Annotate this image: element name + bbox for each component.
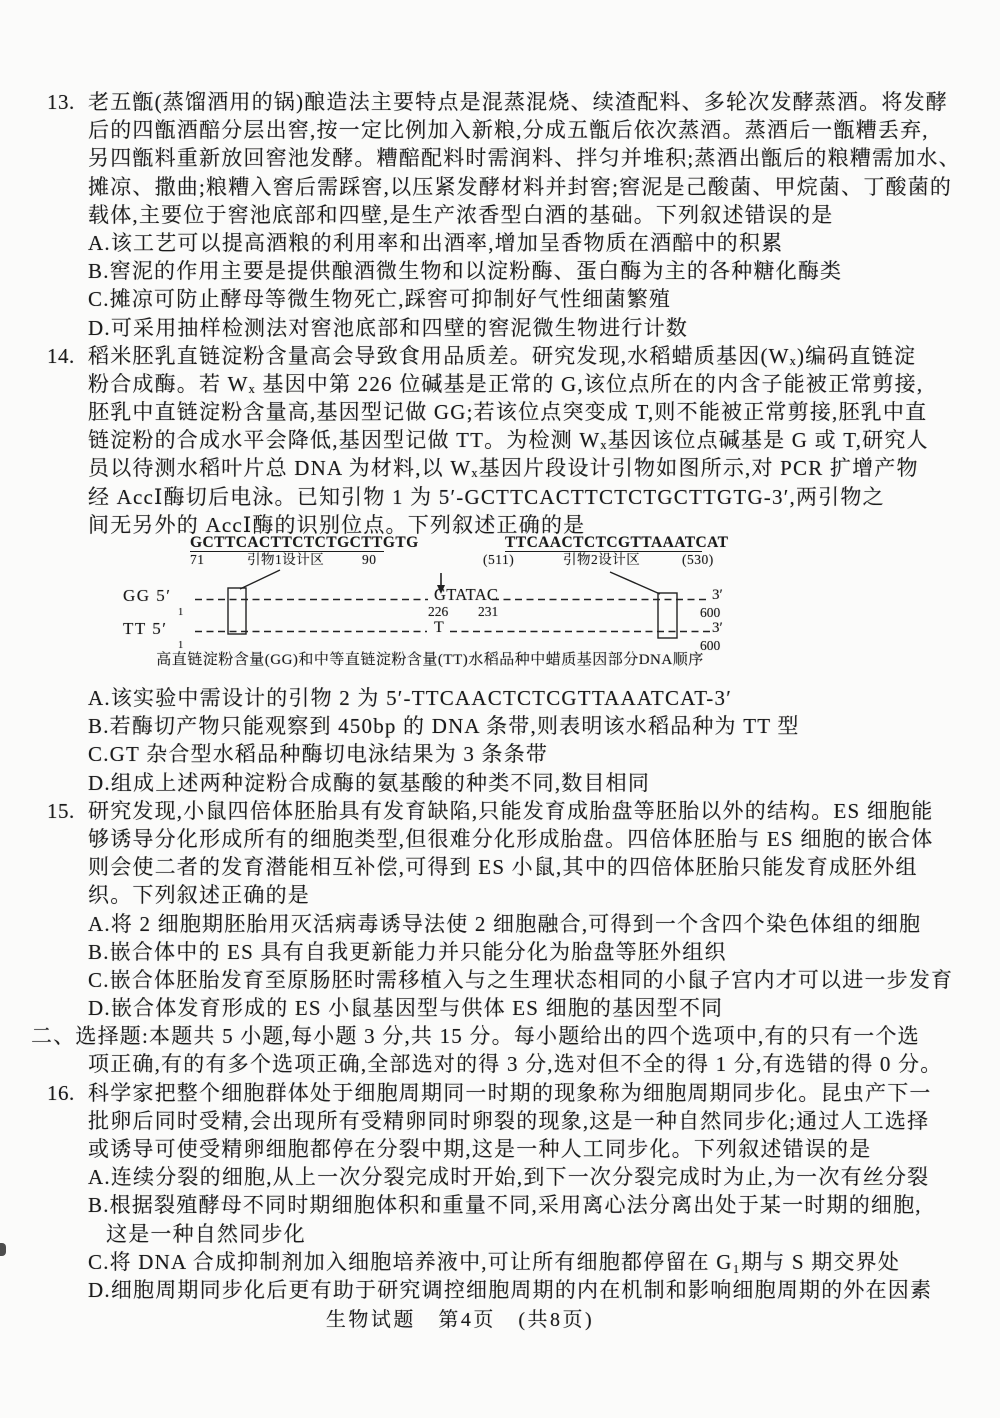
question-14-text: 稻米胚乳直链淀粉含量高会导致食用品质差。研究发现,水稻蜡质基因(Wₓ)编码直链淀 [88, 344, 916, 368]
question-13-option-d: D.可采用抽样检测法对窖池底部和四壁的窖泥微生物进行计数 [0, 314, 1000, 342]
site-position-226: 226 [428, 603, 448, 620]
question-16-option-b: B.根据裂殖酵母不同时期细胞体积和重量不同,采用离心法分离出处于某一时期的细胞, [0, 1191, 1000, 1219]
gg-three-prime-label: 3′ [712, 587, 723, 604]
question-16-option-b-cont: 这是一种自然同步化 [0, 1220, 1000, 1248]
gg-end-position: 600 [700, 604, 720, 621]
question-16-text: 科学家把整个细胞群体处于细胞周期同一时期的现象称为细胞周期同步化。昆虫产下一 [88, 1081, 932, 1105]
question-13-option-b: B.窖泥的作用主要是提供酿酒微生物和以淀粉酶、蛋白酶为主的各种糖化酶类 [0, 257, 1000, 285]
primer1-region-box [228, 588, 246, 634]
question-16-line: 16.科学家把整个细胞群体处于细胞周期同一时期的现象称为细胞周期同步化。昆虫产下… [0, 1079, 1000, 1107]
question-15-option-a: A.将 2 细胞期胚胎用灭活病毒诱导法使 2 细胞融合,可得到一个含四个染色体组… [0, 910, 1000, 938]
exam-page: 13.老五甑(蒸馏酒用的锅)酿造法主要特点是混蒸混烧、续渣配料、多轮次发酵蒸酒。… [0, 0, 1000, 1418]
question-14-option-c: C.GT 杂合型水稻品种酶切电泳结果为 3 条条带 [0, 740, 1000, 768]
question-14-option-d: D.组成上述两种淀粉合成酶的氨基酸的种类不同,数目相同 [0, 769, 1000, 797]
primer2-start-pos: (511) [483, 551, 514, 568]
question-15-option-b: B.嵌合体中的 ES 具有自我更新能力并只能分化为胎盘等胚外组织 [0, 938, 1000, 966]
question-13-text: 老五甑(蒸馏酒用的锅)酿造法主要特点是混蒸混烧、续渣配料、多轮次发酵蒸酒。将发酵 [88, 90, 948, 114]
question-13-line: 摊凉、撒曲;粮糟入窖后需踩窖,以压紧发酵材料并封窖;窖泥是己酸菌、甲烷菌、丁酸菌… [0, 173, 1000, 201]
primer1-region-label: 引物1设计区 [247, 551, 324, 568]
primer1-start-pos: 71 [190, 551, 205, 568]
question-14-option-b: B.若酶切产物只能观察到 450bp 的 DNA 条带,则表明该水稻品种为 TT… [0, 712, 1000, 740]
question-14-line: 间无另外的 AccⅠ酶的识别位点。下列叙述正确的是 [0, 511, 1000, 539]
question-14-line: 粉合成酶。若 Wₓ 基因中第 226 位碱基是正常的 G,该位点所在的内含子能被… [0, 370, 1000, 398]
primer2-end-pos: (530) [682, 551, 714, 568]
question-16-option-d: D.细胞周期同步化后更有助于研究调控细胞周期的内在机制和影响细胞周期的外在因素 [0, 1276, 1000, 1304]
question-13-option-a: A.该工艺可以提高酒粮的利用率和出酒率,增加呈香物质在酒醅中的积累 [0, 229, 1000, 257]
gg-strand-label: GG 5′ [123, 587, 172, 604]
primer1-end-pos: 90 [362, 551, 377, 568]
question-13-line: 13.老五甑(蒸馏酒用的锅)酿造法主要特点是混蒸混烧、续渣配料、多轮次发酵蒸酒。… [0, 88, 1000, 116]
acc1-site-sequence: GTATAC [434, 586, 498, 603]
question-16-line: 批卵后同时受精,会出现所有受精卵同时卵裂的现象,这是一种自然同步化;通过人工选择 [0, 1107, 1000, 1135]
tt-three-prime-label: 3′ [712, 620, 723, 637]
primer1-sequence: GCTTCACTTCTCTGCTTGTG [190, 534, 384, 552]
primer2-sequence: TTCAACTCTCGTTAAATCAT [505, 534, 702, 552]
question-14-line: 员以待测水稻叶片总 DNA 为材料,以 Wₓ基因片段设计引物如图所示,对 PCR… [0, 454, 1000, 482]
question-13-number: 13. [47, 88, 88, 116]
question-14-line: 14.稻米胚乳直链淀粉含量高会导致食用品质差。研究发现,水稻蜡质基因(Wₓ)编码… [0, 342, 1000, 370]
page-footer: 生物试题 第4页 (共8页) [0, 1305, 1000, 1335]
page-content: 13.老五甑(蒸馏酒用的锅)酿造法主要特点是混蒸混烧、续渣配料、多轮次发酵蒸酒。… [0, 88, 1000, 1335]
site-position-231: 231 [478, 603, 498, 620]
question-16-line: 或诱导可使受精卵细胞都停在分裂中期,这是一种人工同步化。下列叙述错误的是 [0, 1135, 1000, 1163]
section-2-header: 项正确,有的有多个选项正确,全部选对的得 3 分,选对但不全的得 1 分,有选错… [0, 1050, 1000, 1078]
question-14-option-a: A.该实验中需设计的引物 2 为 5′-TTCAACTCTCGTTAAATCAT… [0, 684, 1000, 712]
question-15-line: 则会使二者的发育潜能相互补偿,可得到 ES 小鼠,其中的四倍体胚胎只能发育成胚外… [0, 853, 1000, 881]
diagram-caption: 高直链淀粉含量(GG)和中等直链淀粉含量(TT)水稻品种中蜡质基因部分DNA顺序 [150, 652, 710, 669]
question-14-number: 14. [47, 342, 88, 370]
section-2-header: 二、选择题:本题共 5 小题,每小题 3 分,共 15 分。每小题给出的四个选项… [0, 1022, 1000, 1050]
question-15-line: 够诱导分化形成所有的细胞类型,但很难分化形成胎盘。四倍体胚胎与 ES 细胞的嵌合… [0, 825, 1000, 853]
question-13-line: 另四甑料重新放回窖池发酵。糟醅配料时需润料、拌匀并堆积;蒸酒出甑后的粮糟需加水、 [0, 144, 1000, 172]
question-16-option-a: A.连续分裂的细胞,从上一次分裂完成时开始,到下一次分裂完成时为止,为一次有丝分… [0, 1163, 1000, 1191]
question-15-text: 研究发现,小鼠四倍体胚胎具有发育缺陷,只能发育成胎盘等胚胎以外的结构。ES 细胞… [88, 799, 933, 823]
question-14-line: 链淀粉的合成水平会降低,基因型记做 TT。为检测 Wₓ基因该位点碱基是 G 或 … [0, 426, 1000, 454]
primer2-pointer-line [610, 572, 660, 594]
gg-strand-position-1: 1 [178, 604, 183, 621]
primer2-region-label: 引物2设计区 [563, 551, 640, 568]
question-15-line: 15.研究发现,小鼠四倍体胚胎具有发育缺陷,只能发育成胎盘等胚胎以外的结构。ES… [0, 797, 1000, 825]
question-14-line: 经 AccⅠ酶切后电泳。已知引物 1 为 5′-GCTTCACTTCTCTGCT… [0, 483, 1000, 511]
question-16-option-c: C.将 DNA 合成抑制剂加入细胞培养液中,可让所有细胞都停留在 G₁期与 S … [0, 1248, 1000, 1276]
tt-strand-label: TT 5′ [123, 620, 167, 637]
question-13-line: 后的四甑酒醅分层出窖,按一定比例加入新粮,分成五甑后依次蒸酒。蒸酒后一甑糟丢弃, [0, 116, 1000, 144]
question-15-option-c: C.嵌合体胚胎发育至原肠胚时需移植入与之生理状态相同的小鼠子宫内才可以进一步发育 [0, 966, 1000, 994]
question-14-line: 胚乳中直链淀粉含量高,基因型记做 GG;若该位点突变成 T,则不能被正常剪接,胚… [0, 398, 1000, 426]
question-13-line: 载体,主要位于窖池底部和四壁,是生产浓香型白酒的基础。下列叙述错误的是 [0, 201, 1000, 229]
question-15-line: 织。下列叙述正确的是 [0, 881, 1000, 909]
question-15-number: 15. [47, 797, 88, 825]
question-15-option-d: D.嵌合体发育形成的 ES 小鼠基因型与供体 ES 细胞的基因型不同 [0, 994, 1000, 1022]
question-13-option-c: C.摊凉可防止酵母等微生物死亡,踩窖可抑制好气性细菌繁殖 [0, 285, 1000, 313]
dna-diagram: GCTTCACTTCTCTGCTTGTG 71 引物1设计区 90 TTCAAC… [0, 539, 1000, 684]
tt-site-base: T [434, 619, 444, 636]
primer1-pointer-line [240, 570, 280, 589]
question-16-number: 16. [47, 1079, 88, 1107]
